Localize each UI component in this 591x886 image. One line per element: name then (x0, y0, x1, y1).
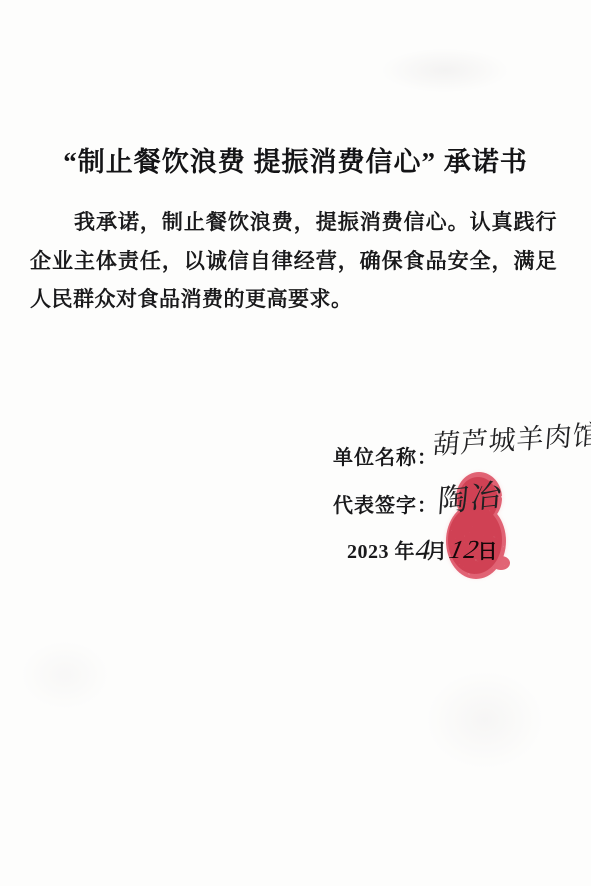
document-title: “制止餐饮浪费 提振消费信心” 承诺书 (0, 140, 591, 179)
scanned-document-page: “制止餐饮浪费 提振消费信心” 承诺书 我承诺，制止餐饮浪费，提振消费信心。认真… (0, 0, 591, 886)
date-line: 2023 年4月12日 (347, 533, 498, 566)
signature-handwritten: 陶冶 (436, 469, 505, 521)
date-year: 2023 年 (347, 541, 415, 563)
scan-smudge (20, 640, 110, 710)
unit-name-handwritten: 葫芦城羊肉馆 (431, 413, 591, 463)
commitment-paragraph: 我承诺，制止餐饮浪费，提振消费信心。认真践行企业主体责任，以诚信自律经营，确保食… (30, 203, 557, 319)
unit-name-label: 单位名称： (333, 441, 438, 470)
scan-smudge (425, 670, 545, 770)
representative-signature-label: 代表签字： (333, 489, 438, 518)
scan-smudge (380, 48, 510, 93)
